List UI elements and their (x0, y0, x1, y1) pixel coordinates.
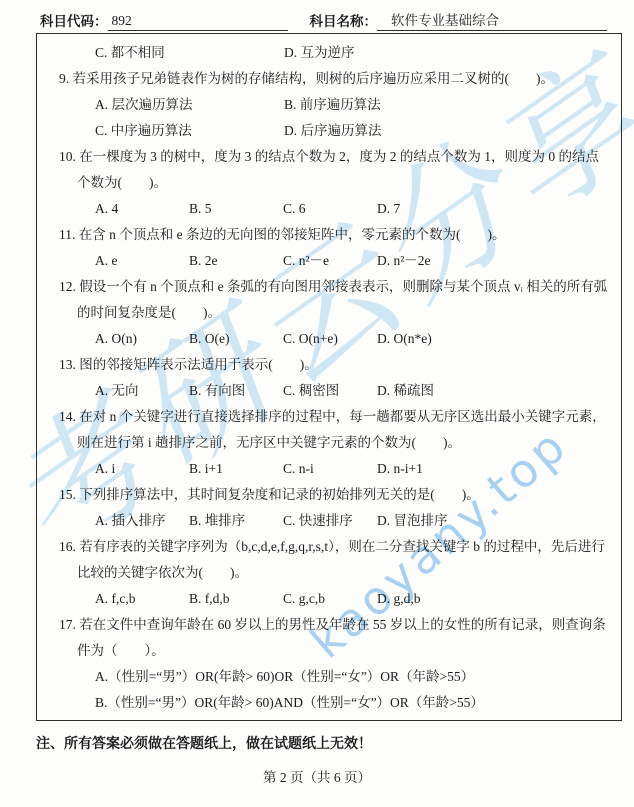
question-stem: 10. 在一棵度为 3 的树中，度为 3 的结点个数为 2，度为 2 的结点个数… (49, 144, 611, 196)
option: A. 4 (95, 196, 189, 222)
option: C. O(n+e) (283, 326, 377, 352)
option-row: A. iB. i+1C. n-iD. n-i+1 (49, 456, 611, 482)
question-12: 12. 假设一个有 n 个顶点和 e 条弧的有向图用邻接表表示，则删除与某个顶点… (49, 274, 611, 352)
paper-header: 科目代码：892科目名称：软件专业基础综合 (40, 12, 604, 31)
question-stem: 12. 假设一个有 n 个顶点和 e 条弧的有向图用邻接表表示，则删除与某个顶点… (49, 274, 611, 326)
option: A. 无向 (95, 378, 189, 404)
option-row: A. O(n)B. O(e)C. O(n+e)D. O(n*e) (49, 326, 611, 352)
option: C. 6 (283, 196, 377, 222)
subject-code-value: 892 (108, 12, 288, 31)
subject-name-value: 软件专业基础综合 (377, 12, 607, 31)
option-row: A.（性别=“男”）OR(年龄> 60)OR（性别=“女”）OR（年龄>55）B… (49, 664, 611, 716)
option: C. 都不相同 (95, 40, 284, 66)
question-10: 10. 在一棵度为 3 的树中，度为 3 的结点个数为 2，度为 2 的结点个数… (49, 144, 611, 222)
question-14: 14. 在对 n 个关键字进行直接选择排序的过程中，每一趟都要从无序区选出最小关… (49, 404, 611, 482)
option: B. O(e) (189, 326, 283, 352)
option: D. O(n*e) (377, 326, 471, 352)
option-row: C. 都不相同D. 互为逆序 (49, 40, 611, 66)
option: B. 2e (189, 248, 283, 274)
option-row: A. eB. 2eC. n²－eD. n²－2e (49, 248, 611, 274)
option: B. 前序遍历算法 (284, 92, 473, 118)
question-8-partial: C. 都不相同D. 互为逆序 (49, 40, 611, 66)
option: B. f,d,b (189, 586, 283, 612)
option-row: A. 4B. 5C. 6D. 7 (49, 196, 611, 222)
option: A. O(n) (95, 326, 189, 352)
option: D. n-i+1 (377, 456, 471, 482)
answer-sheet-note: 注、所有答案必须做在答题纸上，做在试题纸上无效！ (36, 733, 372, 753)
question-stem: 17. 若在文件中查询年龄在 60 岁以上的男性及年龄在 55 岁以上的女性的所… (49, 612, 611, 664)
question-stem: 14. 在对 n 个关键字进行直接选择排序的过程中，每一趟都要从无序区选出最小关… (49, 404, 611, 456)
option: B. 堆排序 (189, 508, 283, 534)
option-row: A. 无向B. 有向图C. 稠密图D. 稀疏图 (49, 378, 611, 404)
page-number: 第 2 页（共 6 页） (0, 766, 634, 786)
option: C. g,c,b (283, 586, 377, 612)
option: B.（性别=“男”）OR(年龄> 60)AND（性别=“女”）OR（年龄>55） (95, 690, 611, 716)
option: B. i+1 (189, 456, 283, 482)
question-15: 15. 下列排序算法中，其时间复杂度和记录的初始排列无关的是( )。 A. 插入… (49, 482, 611, 534)
question-stem: 13. 图的邻接矩阵表示法适用于表示( )。 (49, 352, 611, 378)
option: D. g,d,b (377, 586, 471, 612)
exam-paper-page: 考研云分享 kaoyany.top 科目代码：892科目名称：软件专业基础综合 … (0, 0, 634, 807)
option: A.（性别=“男”）OR(年龄> 60)OR（性别=“女”）OR（年龄>55） (95, 664, 611, 690)
option: A. 层次遍历算法 (95, 92, 284, 118)
question-stem: 15. 下列排序算法中，其时间复杂度和记录的初始排列无关的是( )。 (49, 482, 611, 508)
option: D. 互为逆序 (284, 40, 473, 66)
option: A. f,c,b (95, 586, 189, 612)
option: A. i (95, 456, 189, 482)
option: C. n²－e (283, 248, 377, 274)
question-17: 17. 若在文件中查询年龄在 60 岁以上的男性及年龄在 55 岁以上的女性的所… (49, 612, 611, 716)
option: B. 5 (189, 196, 283, 222)
subject-code-label: 科目代码： (40, 14, 108, 29)
question-9: 9. 若采用孩子兄弟链表作为树的存储结构，则树的后序遍历应采用二叉树的( )。 … (49, 66, 611, 144)
question-stem: 9. 若采用孩子兄弟链表作为树的存储结构，则树的后序遍历应采用二叉树的( )。 (49, 66, 611, 92)
option: D. 冒泡排序 (377, 508, 471, 534)
question-stem: 11. 在含 n 个顶点和 e 条边的无向图的邻接矩阵中，零元素的个数为( )。 (49, 222, 611, 248)
question-stem: 16. 若有序表的关键字序列为（b,c,d,e,f,g,q,r,s,t），则在二… (49, 534, 611, 586)
option-row: A. f,c,bB. f,d,bC. g,c,bD. g,d,b (49, 586, 611, 612)
question-11: 11. 在含 n 个顶点和 e 条边的无向图的邻接矩阵中，零元素的个数为( )。… (49, 222, 611, 274)
option: C. n-i (283, 456, 377, 482)
option-row: A. 层次遍历算法B. 前序遍历算法 (49, 92, 611, 118)
option-row: A. 插入排序B. 堆排序C. 快速排序D. 冒泡排序 (49, 508, 611, 534)
option: D. 7 (377, 196, 471, 222)
option: D. n²－2e (377, 248, 471, 274)
option: C. 稠密图 (283, 378, 377, 404)
question-13: 13. 图的邻接矩阵表示法适用于表示( )。 A. 无向B. 有向图C. 稠密图… (49, 352, 611, 404)
subject-name-label: 科目名称： (310, 14, 378, 29)
option: A. e (95, 248, 189, 274)
option: D. 后序遍历算法 (284, 118, 473, 144)
option: B. 有向图 (189, 378, 283, 404)
option: C. 中序遍历算法 (95, 118, 284, 144)
question-16: 16. 若有序表的关键字序列为（b,c,d,e,f,g,q,r,s,t），则在二… (49, 534, 611, 612)
option: C. 快速排序 (283, 508, 377, 534)
option: D. 稀疏图 (377, 378, 471, 404)
option-row: C. 中序遍历算法D. 后序遍历算法 (49, 118, 611, 144)
question-area: C. 都不相同D. 互为逆序 9. 若采用孩子兄弟链表作为树的存储结构，则树的后… (36, 33, 622, 721)
option: A. 插入排序 (95, 508, 189, 534)
